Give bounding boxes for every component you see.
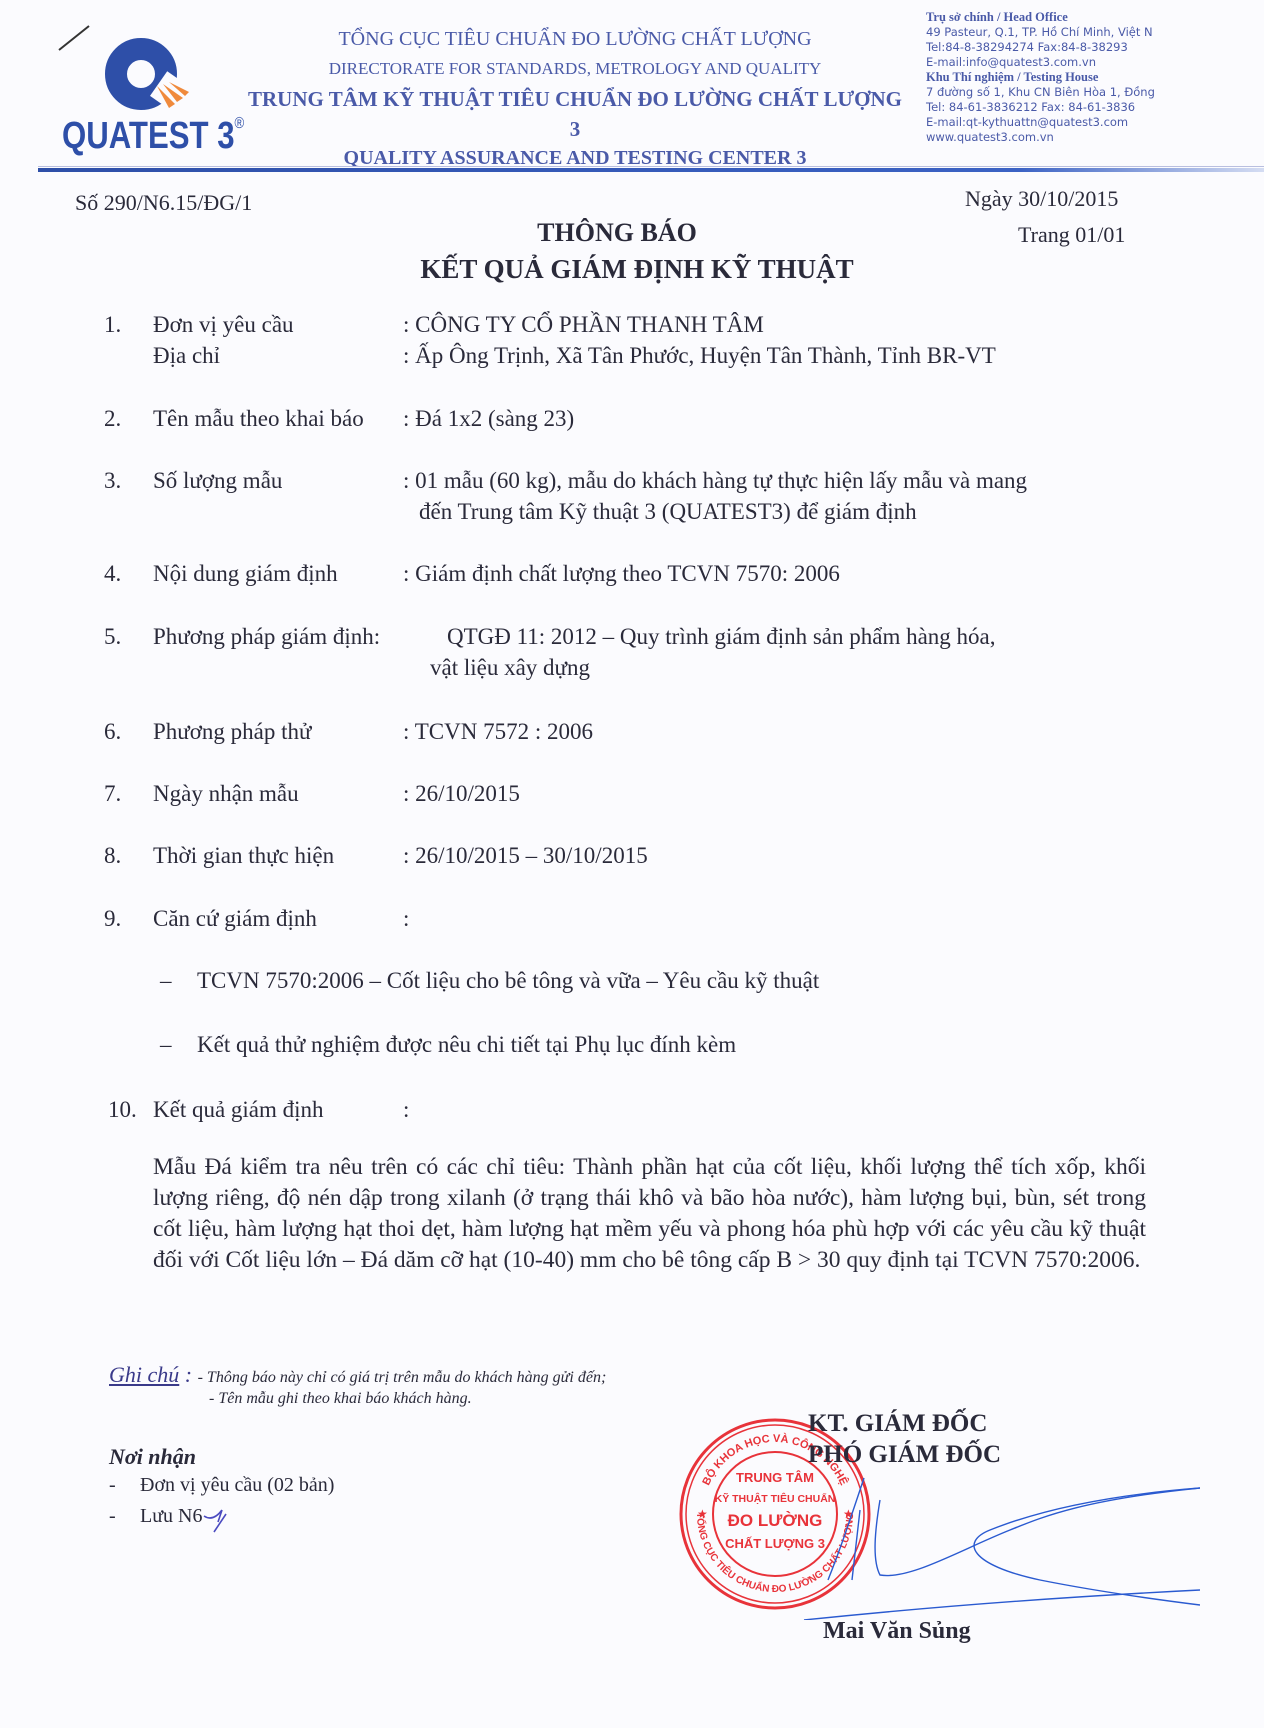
head-office-tel-fax: Tel:84-8-38294274 Fax:84-8-38293 (926, 40, 1256, 55)
signer-name: Mai Văn Sủng (823, 1618, 971, 1645)
reference-number: Số 290/N6.15/ĐG/1 (75, 190, 252, 216)
pen-icon (55, 20, 95, 54)
recipient-item: -Đơn vị yêu cầu (02 bản) (109, 1470, 334, 1501)
website: www.quatest3.com.vn (926, 130, 1256, 145)
svg-text:★: ★ (697, 1507, 708, 1521)
notes-label: Ghi chú (109, 1362, 179, 1387)
testing-house-email: E-mail:qt-kythuattn@quatest3.com (926, 115, 1256, 130)
testing-house-label: Khu Thí nghiệm / Testing House (926, 70, 1256, 85)
notes: Ghi chú : - Thông báo này chỉ có giá trị… (109, 1362, 606, 1388)
recipients-label: Nơi nhận (109, 1444, 334, 1470)
signature-icon (780, 1470, 1200, 1620)
head-office-address: 49 Pasteur, Q.1, TP. Hồ Chí Minh, Việt N (926, 25, 1256, 40)
agency-name-en: DIRECTORATE FOR STANDARDS, METROLOGY AND… (245, 54, 905, 84)
document-subtitle: KẾT QUẢ GIÁM ĐỊNH KỸ THUẬT (420, 254, 853, 284)
head-office-email: E-mail:info@quatest3.com.vn (926, 55, 1256, 70)
header-divider (38, 168, 1264, 172)
recipients: Nơi nhận -Đơn vị yêu cầu (02 bản) -Lưu N… (109, 1444, 334, 1536)
result-paragraph: Mẫu Đá kiểm tra nêu trên có các chỉ tiêu… (153, 1152, 1146, 1276)
recipient-item: -Lưu N6 (109, 1501, 334, 1536)
agency-name-vi: TỔNG CỤC TIÊU CHUẨN ĐO LƯỜNG CHẤT LƯỢNG (245, 24, 905, 54)
initials-mark-icon (202, 1502, 232, 1536)
head-office-label: Trụ sở chính / Head Office (926, 10, 1256, 25)
signature-title: KT. GIÁM ĐỐC PHÓ GIÁM ĐỐC (808, 1408, 1001, 1470)
signature-title-line2: PHÓ GIÁM ĐỐC (808, 1439, 1001, 1470)
logo-text: QUATEST 3 (62, 115, 235, 157)
contact-info: Trụ sở chính / Head Office 49 Pasteur, Q… (926, 10, 1256, 145)
header-divider-thin (38, 166, 1264, 167)
signature-title-line1: KT. GIÁM ĐỐC (808, 1408, 1001, 1439)
testing-house-address: 7 đường số 1, Khu CN Biên Hòa 1, Đồng (926, 85, 1256, 100)
note-item: - Thông báo này chỉ có giá trị trên mẫu … (198, 1369, 607, 1386)
document-title: THÔNG BÁO (537, 218, 697, 247)
issue-date: Ngày 30/10/2015 (965, 186, 1118, 212)
basis-bullet: –TCVN 7570:2006 – Cốt liệu cho bê tông v… (160, 968, 819, 994)
note-item: - Tên mẫu ghi theo khai báo khách hàng. (209, 1390, 472, 1408)
header-titles: TỔNG CỤC TIÊU CHUẨN ĐO LƯỜNG CHẤT LƯỢNG … (245, 24, 905, 172)
center-name-vi: TRUNG TÂM KỸ THUẬT TIÊU CHUẨN ĐO LƯỜNG C… (245, 84, 905, 144)
registered-mark: ® (235, 115, 245, 132)
basis-bullet: –Kết quả thử nghiệm được nêu chi tiết tạ… (160, 1032, 736, 1058)
logo-rays-icon (155, 82, 195, 116)
quatest3-logo: QUATEST 3® (55, 20, 255, 150)
testing-house-tel-fax: Tel: 84-61-3836212 Fax: 84-61-3836 (926, 100, 1256, 115)
